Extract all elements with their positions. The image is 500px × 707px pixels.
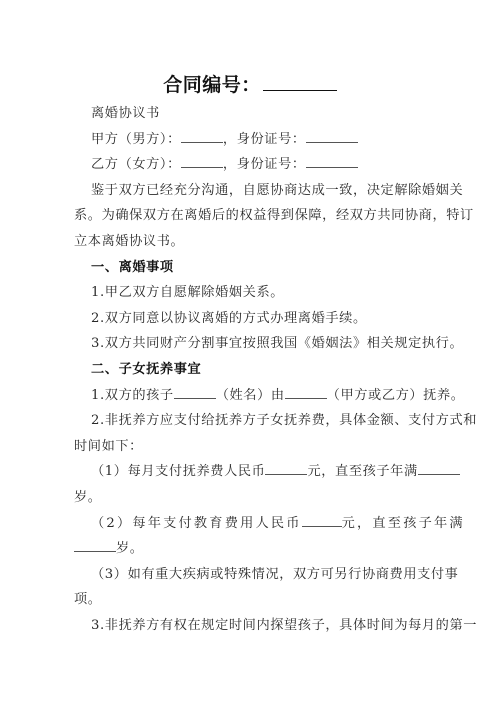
education-amount-blank[interactable]: [302, 512, 342, 527]
monthly-support-label: （1）每月支付抚养费人民币: [91, 464, 265, 479]
party-a-line: 甲方（男方）：，身份证号：: [74, 127, 428, 153]
name-by-label: （姓名）由: [216, 388, 285, 403]
sub-item-2-line-2: 岁。: [74, 536, 428, 562]
sub-item-1-line-2: 岁。: [74, 485, 428, 511]
sub-item-2-line-1: （2）每年支付教育费用人民币元，直至孩子年满: [74, 511, 428, 537]
party-b-name-blank[interactable]: [181, 153, 223, 168]
preamble-line-1: 鉴于双方已经充分沟通，自愿协商达成一致，决定解除婚姻关: [74, 178, 428, 204]
education-age-blank[interactable]: [74, 537, 116, 552]
section-2-heading: 二、子女抚养事宜: [74, 357, 428, 383]
section-1-item-3: 3.双方共同财产分割事宜按照我国《婚姻法》相关规定执行。: [74, 331, 428, 357]
section-1-item-2: 2.双方同意以协议离婚的方式办理离婚手续。: [74, 306, 428, 332]
section-2-item-2-line-1: 2.非抚养方应支付给抚养方子女抚养费，具体金额、支付方式和: [74, 408, 428, 434]
child-name-blank[interactable]: [174, 384, 216, 399]
section-2-item-1: 1.双方的孩子（姓名）由（甲方或乙方）抚养。: [74, 383, 428, 409]
child-label: 1.双方的孩子: [91, 388, 174, 403]
section-1-item-1: 1.甲乙双方自愿解除婚姻关系。: [74, 280, 428, 306]
sub-item-3-line-2: 项。: [74, 587, 428, 613]
party-a-id-blank[interactable]: [306, 128, 358, 143]
preamble-line-2: 系。为确保双方在离婚后的权益得到保障，经双方共同协商，特订: [74, 203, 428, 229]
title-text: 合同编号：: [163, 74, 261, 96]
party-b-line: 乙方（女方）：，身份证号：: [74, 152, 428, 178]
monthly-age-blank[interactable]: [418, 460, 460, 475]
section-2-item-2-line-2: 时间如下：: [74, 434, 428, 460]
party-a-label: 甲方（男方）：: [91, 132, 181, 147]
party-a-name-blank[interactable]: [181, 128, 223, 143]
section-2-item-3-line-1: 3.非抚养方有权在规定时间内探望孩子，具体时间为每月的第一: [74, 613, 428, 639]
section-1-heading: 一、离婚事项: [74, 255, 428, 281]
sub-item-1-line-1: （1）每月支付抚养费人民币元，直至孩子年满: [74, 459, 428, 485]
custodian-blank[interactable]: [285, 384, 327, 399]
contract-number-blank[interactable]: [263, 74, 337, 91]
preamble-line-3: 立本离婚协议书。: [74, 229, 428, 255]
monthly-amount-blank[interactable]: [265, 460, 307, 475]
party-b-id-label: ，身份证号：: [223, 157, 306, 172]
agreement-subtitle: 离婚协议书: [74, 101, 428, 127]
contract-number-title: 合同编号：: [0, 70, 500, 97]
party-b-id-blank[interactable]: [306, 153, 358, 168]
party-b-label: 乙方（女方）：: [91, 157, 181, 172]
age-suffix: 岁。: [116, 541, 144, 556]
custody-label: （甲方或乙方）抚养。: [327, 388, 465, 403]
document-page: 合同编号： 离婚协议书 甲方（男方）：，身份证号： 乙方（女方）：，身份证号： …: [0, 0, 500, 707]
document-body: 离婚协议书 甲方（男方）：，身份证号： 乙方（女方）：，身份证号： 鉴于双方已经…: [74, 101, 428, 638]
education-until-age-label: 元，直至孩子年满: [342, 516, 465, 531]
education-fee-label: （2）每年支付教育费用人民币: [91, 516, 302, 531]
sub-item-3-line-1: （3）如有重大疾病或特殊情况，双方可另行协商费用支付事: [74, 562, 428, 588]
until-age-label: 元，直至孩子年满: [307, 464, 417, 479]
party-a-id-label: ，身份证号：: [223, 132, 306, 147]
